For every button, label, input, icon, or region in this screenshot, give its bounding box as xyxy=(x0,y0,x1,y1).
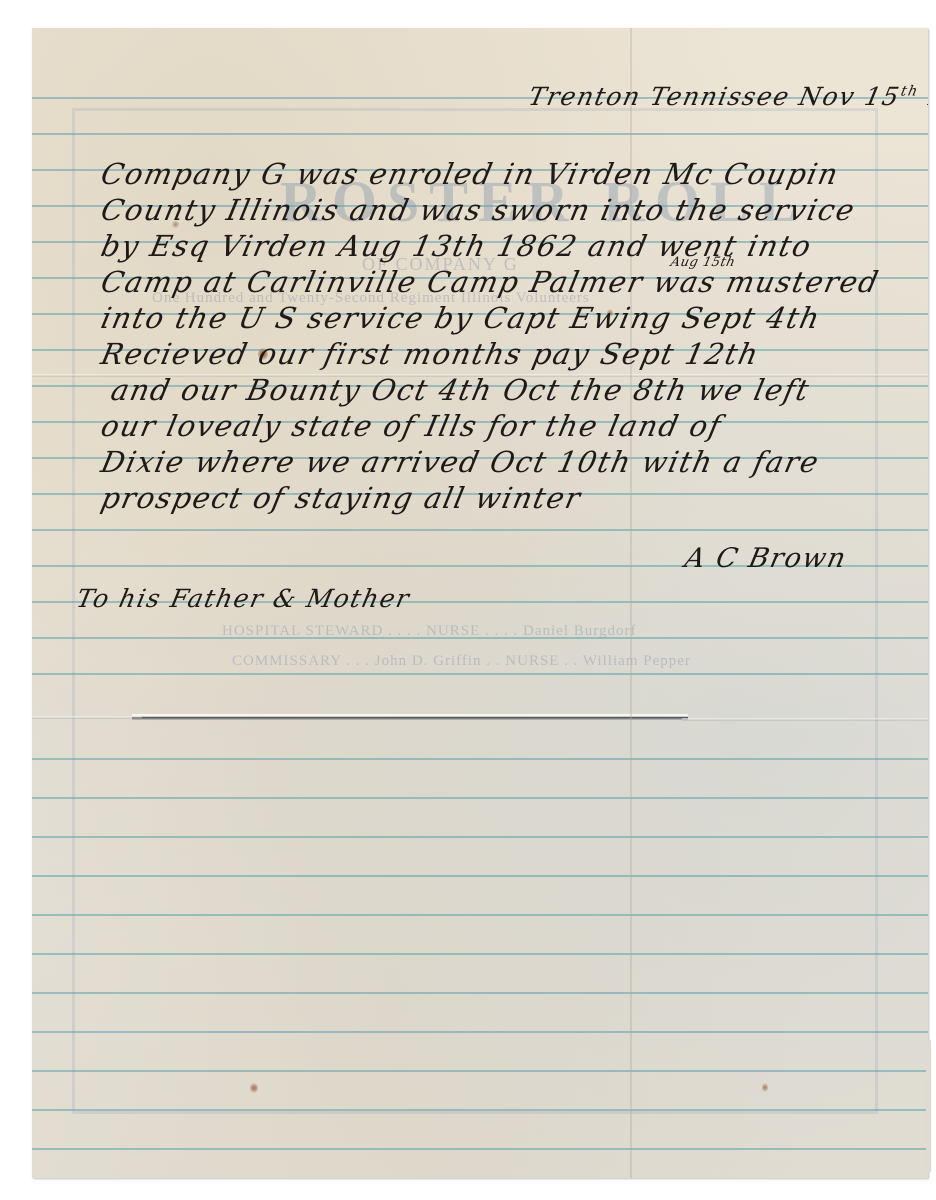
rule-line xyxy=(32,1031,928,1033)
rule-line xyxy=(32,529,928,531)
horizontal-fold-faint xyxy=(682,718,928,721)
body-line-2: County Illinois and was sworn into the s… xyxy=(98,193,859,227)
dateline: Trenton Tennissee Nov 15th 1862 xyxy=(526,82,928,111)
rule-line xyxy=(32,953,928,955)
body-line-4-text: Camp at Carlinville Camp Palmer was must… xyxy=(98,265,883,299)
horizontal-fold xyxy=(132,714,688,720)
interlinear-insert: Aug 15th xyxy=(669,255,737,270)
body-line-7: and our Bounty Oct 4th Oct the 8th we le… xyxy=(108,373,813,407)
paper-edge xyxy=(926,1040,930,1172)
letter-page: ROSTER ROLL OF COMPANY G One Hundred and… xyxy=(32,28,928,1178)
rule-line xyxy=(32,797,928,799)
dateline-year: 1862 xyxy=(924,86,928,110)
body-line-4: Camp at Carlinville Camp Palmer was must… xyxy=(98,265,883,299)
dateline-place: Trenton Tennissee xyxy=(526,82,793,111)
dateline-date: Nov 15 xyxy=(796,82,903,111)
ink-stain xyxy=(250,1083,258,1093)
closing-line: To his Father & Mother xyxy=(74,584,413,613)
rule-line xyxy=(32,673,928,675)
body-line-1: Company G was enroled in Virden Mc Coupi… xyxy=(98,157,842,191)
dateline-date-suffix: th xyxy=(899,84,920,100)
body-line-10: prospect of staying all winter xyxy=(98,481,585,515)
body-line-5: into the U S service by Capt Ewing Sept … xyxy=(98,301,824,335)
rule-line xyxy=(32,1070,928,1072)
ink-stain xyxy=(762,1083,768,1092)
rule-line xyxy=(32,914,928,916)
rule-line xyxy=(32,637,928,639)
rule-line xyxy=(32,1148,928,1150)
rule-line xyxy=(32,875,928,877)
rule-line xyxy=(32,133,928,135)
body-line-6: Recieved our first months pay Sept 12th xyxy=(98,337,763,371)
signature: A C Brown xyxy=(682,543,850,574)
body-line-8: our lovealy state of Ills for the land o… xyxy=(98,409,725,443)
rule-line xyxy=(32,836,928,838)
rule-line xyxy=(32,758,928,760)
body-line-9: Dixie where we arrived Oct 10th with a f… xyxy=(98,445,823,479)
rule-line xyxy=(32,992,928,994)
rule-line xyxy=(32,1109,928,1111)
horizontal-fold-faint xyxy=(32,716,142,719)
